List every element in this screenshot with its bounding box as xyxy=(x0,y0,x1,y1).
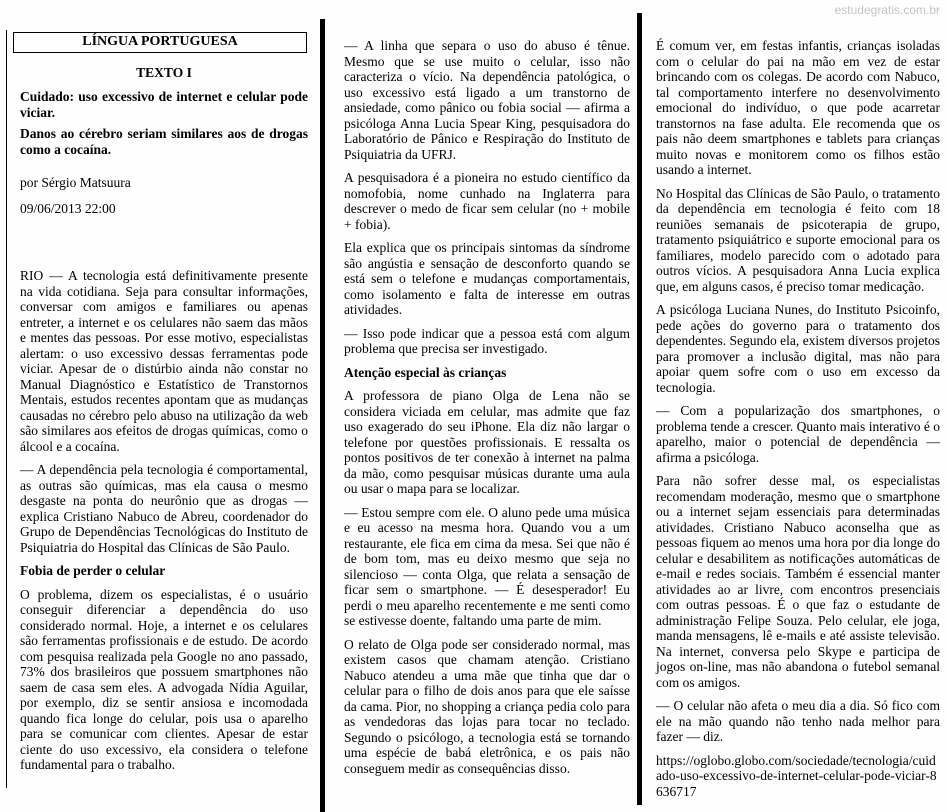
body-paragraph: — Estou sempre com ele. O aluno pede uma… xyxy=(344,505,630,629)
body-paragraph: A psicóloga Luciana Nunes, do Instituto … xyxy=(656,302,940,395)
body-paragraph: No Hospital das Clínicas de São Paulo, o… xyxy=(656,186,940,295)
subheadline: Danos ao cérebro seriam similares aos de… xyxy=(20,126,308,157)
body-paragraph: O relato de Olga pode ser considerado no… xyxy=(344,637,630,777)
body-paragraph: Ela explica que os principais sintomas d… xyxy=(344,240,630,318)
source-url: https://oglobo.globo.com/sociedade/tecno… xyxy=(656,753,940,800)
texto-label: TEXTO I xyxy=(20,65,308,81)
subject-title-box: LÍNGUA PORTUGUESA xyxy=(13,32,307,53)
body-paragraph: — Isso pode indicar que a pessoa está co… xyxy=(344,326,630,357)
body-paragraph: A pesquisadora é a pioneira no estudo ci… xyxy=(344,170,630,232)
document-page: estudegratis.com.br LÍNGUA PORTUGUESA TE… xyxy=(0,0,946,812)
column-1: LÍNGUA PORTUGUESA TEXTO I Cuidado: uso e… xyxy=(20,0,308,781)
body-paragraph: O problema, dizem os especialistas, é o … xyxy=(20,587,308,773)
body-paragraph: Para não sofrer desse mal, os especialis… xyxy=(656,473,940,690)
body-paragraph: — A dependência pela tecnologia é compor… xyxy=(20,462,308,555)
column-divider-1 xyxy=(320,19,325,812)
section-heading: Fobia de perder o celular xyxy=(20,563,308,579)
body-paragraph: — Com a popularização dos smartphones, o… xyxy=(656,403,940,465)
dateline: 09/06/2013 22:00 xyxy=(20,201,308,217)
column-divider-2 xyxy=(637,13,642,805)
column-3: É comum ver, em festas infantis, criança… xyxy=(656,0,940,807)
section-heading: Atenção especial às crianças xyxy=(344,365,630,381)
column-2-paragraphs: — A linha que separa o uso do abuso é tê… xyxy=(344,38,630,776)
column-3-paragraphs: É comum ver, em festas infantis, criança… xyxy=(656,38,940,799)
body-paragraph: — A linha que separa o uso do abuso é tê… xyxy=(344,38,630,162)
subject-title: LÍNGUA PORTUGUESA xyxy=(82,34,237,49)
body-paragraph: — O celular não afeta o meu dia a dia. S… xyxy=(656,698,940,745)
headline: Cuidado: uso excessivo de internet e cel… xyxy=(20,89,308,120)
body-paragraph: A professora de piano Olga de Lena não s… xyxy=(344,388,630,497)
body-paragraph: É comum ver, em festas infantis, criança… xyxy=(656,38,940,178)
column-2: — A linha que separa o uso do abuso é tê… xyxy=(344,0,630,784)
column-1-paragraphs: RIO — A tecnologia está definitivamente … xyxy=(20,268,308,773)
left-border-rule xyxy=(6,30,7,788)
byline: por Sérgio Matsuura xyxy=(20,175,308,191)
body-paragraph: RIO — A tecnologia está definitivamente … xyxy=(20,268,308,454)
